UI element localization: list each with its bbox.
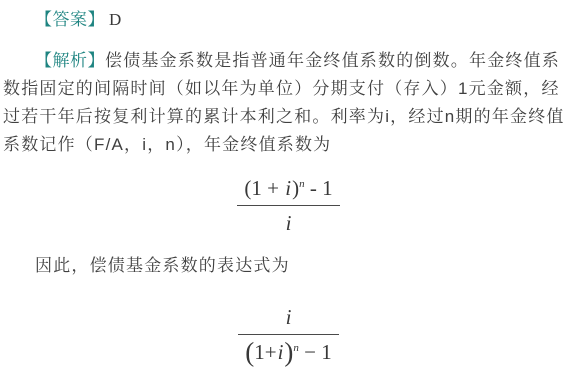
denominator-text: − 1 — [299, 340, 332, 364]
fraction-numerator: (1 + i)n - 1 — [237, 175, 339, 205]
fraction-numerator: i — [238, 304, 339, 334]
fraction-denominator: i — [237, 205, 339, 236]
fraction: i (1+i)n − 1 — [238, 304, 339, 365]
fraction: (1 + i)n - 1 i — [237, 175, 339, 236]
answer-value: D — [109, 10, 121, 29]
numerator-text: (1 + — [244, 176, 284, 200]
answer-line: 【答案】D — [3, 8, 574, 32]
analysis-label: 【解析】 — [35, 51, 105, 70]
analysis-line: 数指固定的间隔时间（如以年为单位）分期支付（存入）1元金额，经 — [3, 75, 574, 103]
variable-i: i — [284, 176, 292, 200]
answer-label: 【答案】 — [35, 10, 105, 29]
analysis-line: 过若干年后按复利计算的累计本利之和。利率为i，经过n期的年金终值 — [3, 103, 574, 131]
analysis-line: 系数记作（F/A，i，n），年金终值系数为 — [3, 131, 574, 159]
annuity-future-value-formula: (1 + i)n - 1 i — [3, 175, 574, 236]
denominator-text: 1+ — [254, 340, 276, 364]
left-paren: ( — [245, 337, 254, 367]
solution-panel: 【答案】D 【解析】偿债基金系数是指普通年金终值系数的倒数。年金终值系 数指固定… — [0, 0, 582, 381]
variable-i: i — [285, 305, 293, 329]
conclusion-text: 因此，偿债基金系数的表达式为 — [3, 252, 574, 280]
sinking-fund-factor-formula: i (1+i)n − 1 — [3, 304, 574, 365]
numerator-text: - 1 — [305, 176, 333, 200]
fraction-denominator: (1+i)n − 1 — [238, 334, 339, 365]
analysis-line-text: 偿债基金系数是指普通年金终值系数的倒数。年金终值系 — [105, 51, 560, 70]
variable-i: i — [285, 211, 293, 235]
analysis-line: 【解析】偿债基金系数是指普通年金终值系数的倒数。年金终值系 — [3, 47, 574, 75]
analysis-paragraph: 【解析】偿债基金系数是指普通年金终值系数的倒数。年金终值系 数指固定的间隔时间（… — [3, 47, 574, 159]
